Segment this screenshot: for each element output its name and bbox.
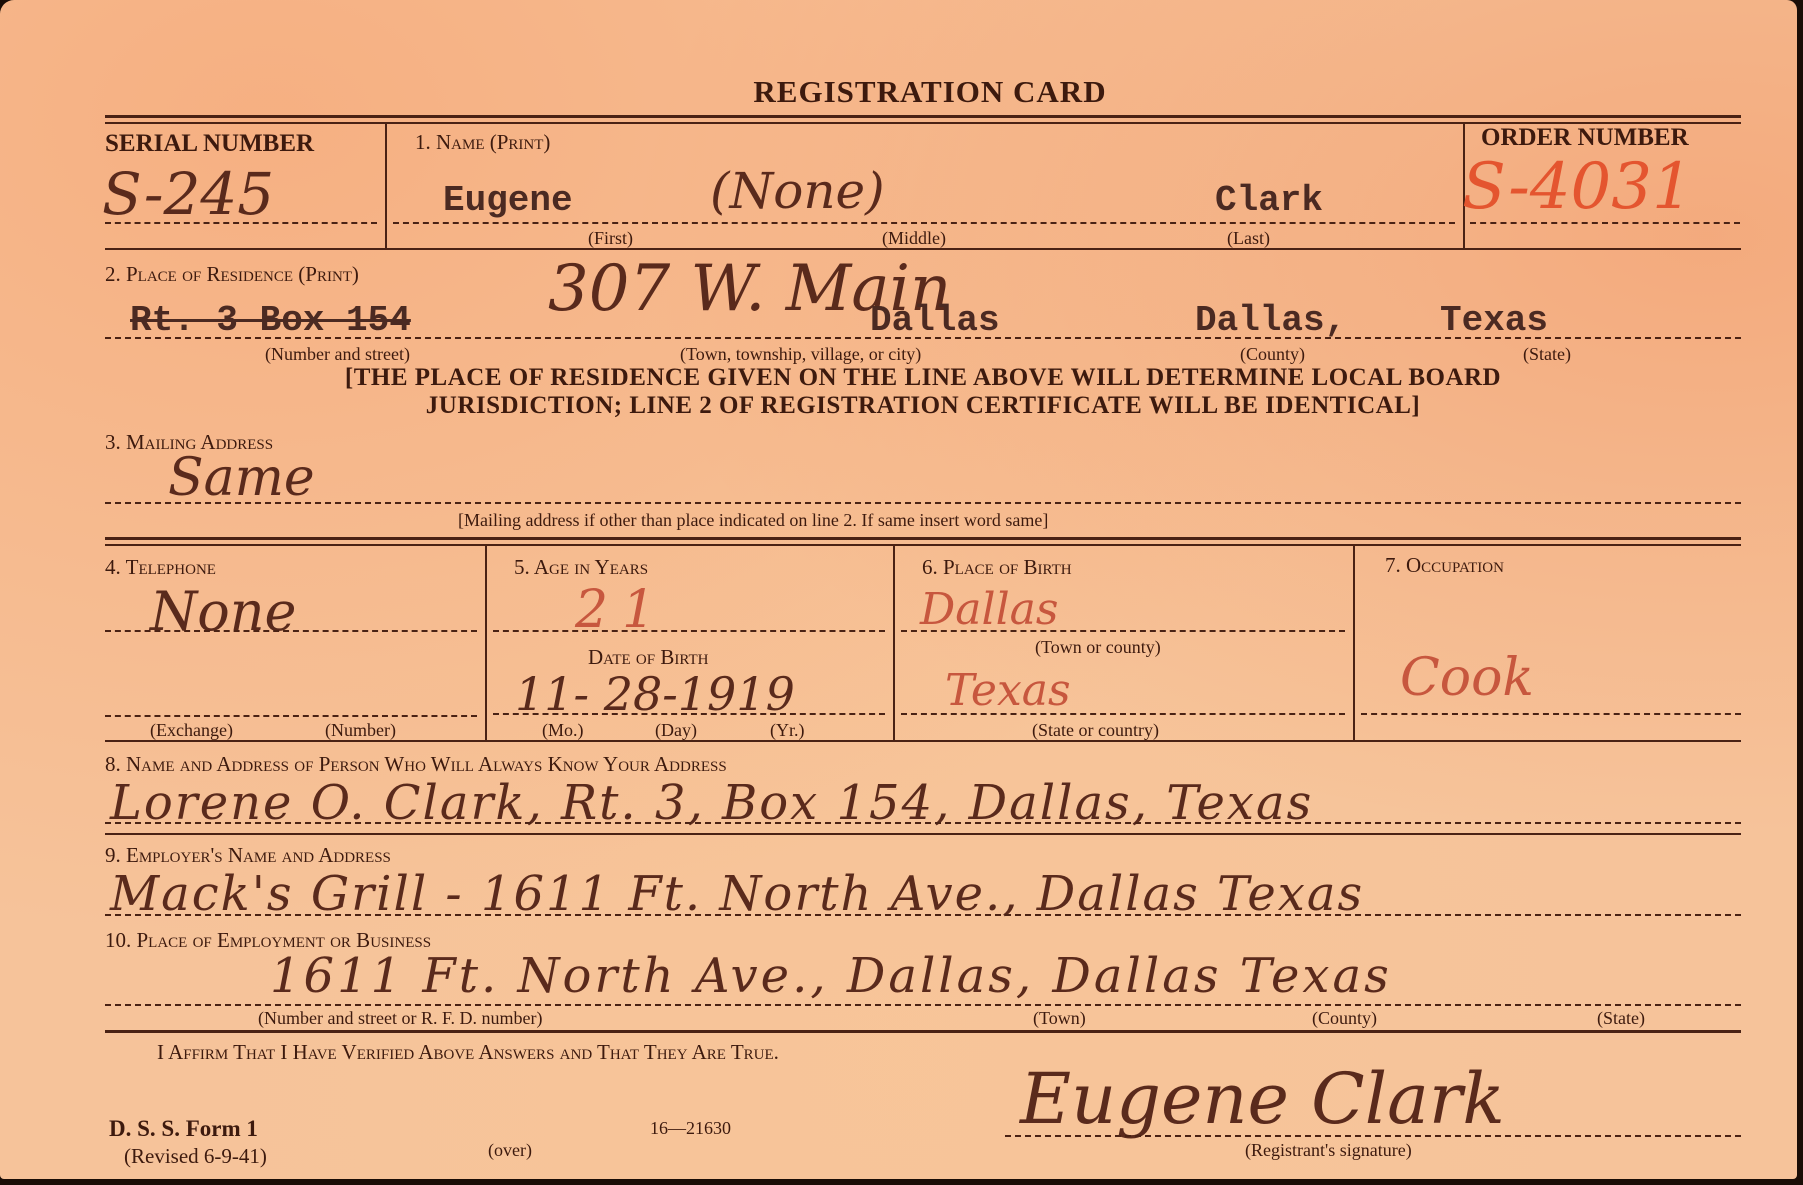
employer-label: 9. Employer's Name and Address xyxy=(105,843,391,868)
order-number-value: S-4031 xyxy=(1462,150,1693,224)
name-line xyxy=(393,222,1455,224)
birthplace-town-line xyxy=(901,630,1345,632)
birthplace-state-value: Texas xyxy=(945,665,1071,716)
telephone-exchange-caption: (Exchange) xyxy=(150,720,233,741)
middle-caption: (Middle) xyxy=(882,228,946,249)
residence-county-caption: (County) xyxy=(1240,344,1305,365)
registration-card: REGISTRATION CARD SERIAL NUMBER S-245 1.… xyxy=(0,0,1797,1179)
residence-street-caption: (Number and street) xyxy=(265,344,410,365)
employment-street-caption: (Number and street or R. F. D. number) xyxy=(258,1008,543,1029)
last-name-value: Clark xyxy=(1215,180,1323,221)
serial-number-value: S-245 xyxy=(102,160,274,228)
occupation-line xyxy=(1361,713,1741,715)
age-line xyxy=(493,630,885,632)
contact-line xyxy=(105,822,1741,824)
middle-name-value: (None) xyxy=(710,162,885,220)
contact-label: 8. Name and Address of Person Who Will A… xyxy=(105,752,727,777)
employer-line xyxy=(105,914,1741,916)
signature-line xyxy=(1005,1135,1741,1137)
serial-line xyxy=(105,222,377,224)
telephone-line-2 xyxy=(105,715,477,717)
residence-label: 2. Place of Residence (Print) xyxy=(105,262,359,287)
age-divider xyxy=(893,546,895,740)
first-name-value: Eugene xyxy=(443,180,573,221)
row10-bottom-rule xyxy=(105,1030,1741,1033)
age-label: 5. Age in Years xyxy=(514,555,648,580)
employment-town-caption: (Town) xyxy=(1033,1008,1086,1029)
telephone-number-caption: (Number) xyxy=(325,720,396,741)
residence-town-value: Dallas xyxy=(870,300,1000,341)
row3-bottom-rule-inner xyxy=(105,544,1741,546)
dob-month-caption: (Mo.) xyxy=(542,720,584,741)
birthplace-state-line xyxy=(901,713,1345,715)
mailing-note: [Mailing address if other than place ind… xyxy=(458,510,1048,531)
serial-number-label: SERIAL NUMBER xyxy=(105,130,314,158)
last-caption: (Last) xyxy=(1227,228,1270,249)
telephone-value: None xyxy=(150,580,297,643)
employment-state-caption: (State) xyxy=(1597,1008,1645,1029)
employment-line xyxy=(105,1004,1741,1006)
birthplace-label: 6. Place of Birth xyxy=(922,555,1072,580)
employment-county-caption: (County) xyxy=(1312,1008,1377,1029)
dob-line xyxy=(493,713,885,715)
residence-street-struck: Rt. 3 Box 154 xyxy=(130,300,411,341)
birthplace-town-value: Dallas xyxy=(920,584,1058,635)
print-code: 16—21630 xyxy=(650,1118,731,1139)
over-note: (over) xyxy=(488,1140,532,1161)
first-caption: (First) xyxy=(588,228,633,249)
occupation-value: Cook xyxy=(1400,648,1534,708)
top-rule xyxy=(105,115,1741,118)
row3-bottom-rule xyxy=(105,537,1741,540)
form-name: D. S. S. Form 1 xyxy=(109,1116,258,1142)
serial-divider xyxy=(385,124,387,248)
registrant-signature: Eugene Clark xyxy=(1020,1058,1505,1140)
residence-notice-line2: JURISDICTION; LINE 2 OF REGISTRATION CER… xyxy=(105,392,1741,420)
birthplace-state-caption: (State or country) xyxy=(1032,720,1159,741)
row4-bottom-rule xyxy=(105,740,1741,742)
residence-notice-line1: [THE PLACE OF RESIDENCE GIVEN ON THE LIN… xyxy=(105,364,1741,392)
residence-state-caption: (State) xyxy=(1523,344,1571,365)
telephone-divider xyxy=(485,546,487,740)
birthplace-town-caption: (Town or county) xyxy=(1035,637,1161,658)
mailing-value: Same xyxy=(168,448,315,508)
employment-value: 1611 Ft. North Ave., Dallas, Dallas Texa… xyxy=(270,948,1392,1004)
occupation-label: 7. Occupation xyxy=(1385,553,1504,578)
residence-county-value: Dallas, xyxy=(1195,300,1346,341)
residence-town-caption: (Town, township, village, or city) xyxy=(680,344,921,365)
mailing-line xyxy=(105,502,1741,504)
birthplace-divider xyxy=(1353,546,1355,740)
card-title: REGISTRATION CARD xyxy=(0,74,1803,110)
telephone-label: 4. Telephone xyxy=(105,555,216,580)
form-revised: (Revised 6-9-41) xyxy=(124,1144,267,1169)
dob-day-caption: (Day) xyxy=(655,720,697,741)
row1-bottom-rule xyxy=(105,248,1741,250)
residence-state-value: Texas xyxy=(1440,300,1548,341)
residence-line xyxy=(105,337,1741,339)
name-label: 1. Name (Print) xyxy=(415,130,550,155)
signature-caption: (Registrant's signature) xyxy=(1245,1140,1412,1161)
dob-year-caption: (Yr.) xyxy=(770,720,805,741)
row8-bottom-rule xyxy=(105,833,1741,835)
affirmation-text: I Affirm That I Have Verified Above Answ… xyxy=(157,1040,779,1065)
order-line xyxy=(1470,222,1740,224)
telephone-line-1 xyxy=(105,630,477,632)
order-number-label: ORDER NUMBER xyxy=(1481,124,1689,152)
